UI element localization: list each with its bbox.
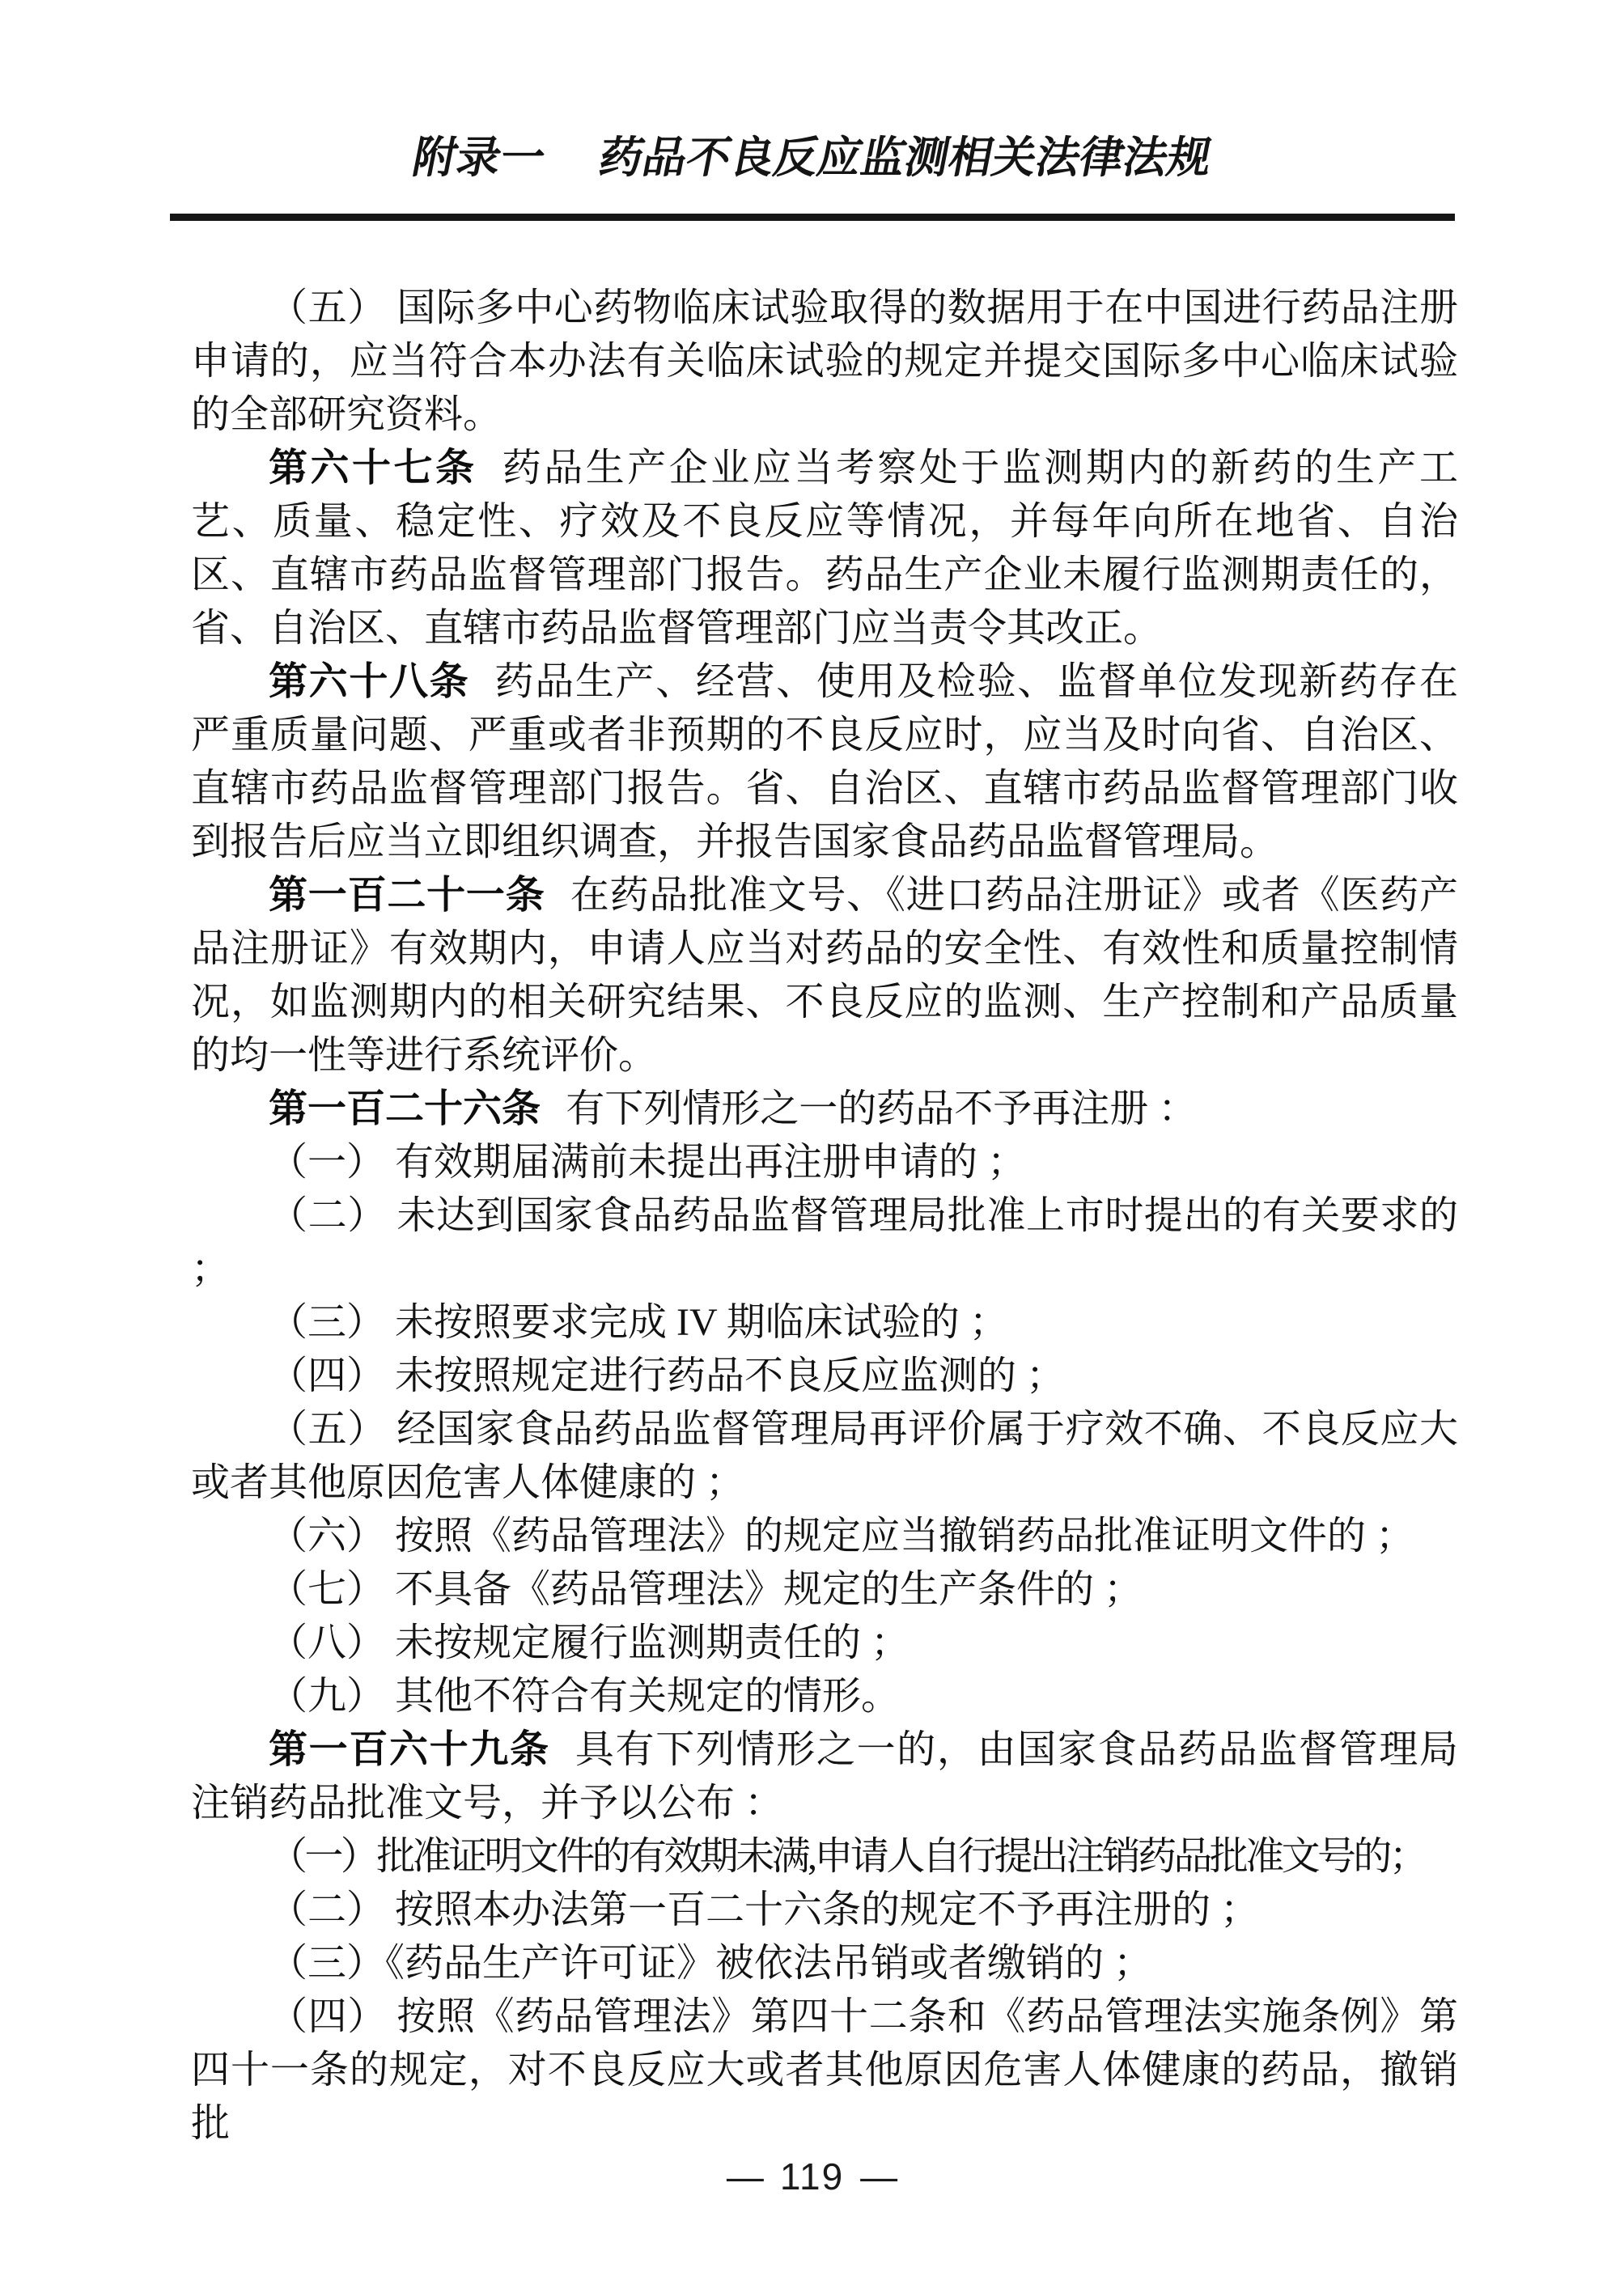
list-item: （一） 有效期届满前未提出再注册申请的 ； [191, 1136, 1458, 1189]
paragraph-text: （五） 经国家食品药品监督管理局再评价属于疗效不确、不良反应大或者其他原因危害人… [191, 1408, 1458, 1504]
document-body: （五） 国际多中心药物临床试验取得的数据用于在中国进行药品注册申请的，应当符合本… [191, 282, 1458, 2151]
paragraph: 第六十八条药品生产、经营、使用及检验、监督单位发现新药存在严重质量问题、严重或者… [191, 655, 1458, 869]
paragraph-text: （三）《药品生产许可证》被依法吊销或者缴销的 ； [269, 1942, 1152, 1985]
paragraph-text: （六） 按照《药品管理法》的规定应当撤销药品批准证明文件的 ； [269, 1515, 1414, 1558]
list-item: （四） 按照《药品管理法》第四十二条和《药品管理法实施条例》第四十一条的规定，对… [191, 1990, 1458, 2151]
paragraph-text: 有下列情形之一的药品不予再注册 ： [566, 1087, 1197, 1130]
page-title: 药品不良反应监测相关法律法规 [594, 132, 1215, 184]
page-footer: —119— [0, 2154, 1624, 2199]
paragraph: 第六十七条药品生产企业应当考察处于监测期内的新药的生产工艺、质量、稳定性、疗效及… [191, 442, 1458, 655]
list-item: （五） 经国家食品药品监督管理局再评价属于疗效不确、不良反应大或者其他原因危害人… [191, 1403, 1458, 1510]
article-term: 第六十七条 [269, 447, 477, 490]
appendix-label: 附录一 [408, 132, 549, 184]
paragraph: （五） 国际多中心药物临床试验取得的数据用于在中国进行药品注册申请的，应当符合本… [191, 282, 1458, 442]
paragraph-text: （五） 国际多中心药物临床试验取得的数据用于在中国进行药品注册申请的，应当符合本… [191, 286, 1458, 436]
page-number: 119 [780, 2155, 844, 2198]
paragraph-text: （四） 按照《药品管理法》第四十二条和《药品管理法实施条例》第四十一条的规定，对… [191, 1995, 1458, 2145]
list-item: （三）《药品生产许可证》被依法吊销或者缴销的 ； [191, 1937, 1458, 1990]
paragraph: 第一百二十一条在药品批准文号、《进口药品注册证》或者《医药产品注册证》有效期内，… [191, 869, 1458, 1083]
paragraph-text: （二） 按照本办法第一百二十六条的规定不予再注册的 ； [269, 1888, 1259, 1931]
footer-dash-right: — [860, 2155, 897, 2198]
article-term: 第一百二十一条 [269, 874, 545, 917]
paragraph-text: （七） 不具备《药品管理法》规定的生产条件的 ； [269, 1568, 1143, 1611]
article-term: 第六十八条 [269, 660, 469, 703]
list-item: （一）批准证明文件的有效期未满,申请人自行提出注销药品批准文号的； [191, 1830, 1458, 1884]
article-term: 第一百六十九条 [269, 1728, 550, 1771]
paragraph-text: （四） 未按照规定进行药品不良反应监测的 ； [269, 1354, 1065, 1397]
paragraph-text: （九） 其他不符合有关规定的情形。 [269, 1675, 900, 1718]
list-item: （六） 按照《药品管理法》的规定应当撤销药品批准证明文件的 ； [191, 1510, 1458, 1563]
paragraph-text: （八） 未按规定履行监测期责任的 ； [269, 1621, 910, 1664]
running-head: 附录一药品不良反应监测相关法律法规 [0, 132, 1624, 184]
header-rule [170, 214, 1455, 221]
article-term: 第一百二十六条 [269, 1087, 541, 1130]
list-item: （九） 其他不符合有关规定的情形。 [191, 1670, 1458, 1723]
paragraph: 第一百二十六条有下列情形之一的药品不予再注册 ： [191, 1083, 1458, 1136]
paragraph-text: （二） 未达到国家食品药品监督管理局批准上市时提出的有关要求的 ； [191, 1194, 1458, 1291]
paragraph-text: （一） 有效期届满前未提出再注册申请的 ； [269, 1141, 1026, 1184]
list-item: （八） 未按规定履行监测期责任的 ； [191, 1617, 1458, 1670]
list-item: （三） 未按照要求完成 IV 期临床试验的 ； [191, 1296, 1458, 1350]
paragraph: 第一百六十九条具有下列情形之一的，由国家食品药品监督管理局注销药品批准文号，并予… [191, 1723, 1458, 1830]
list-item: （二） 按照本办法第一百二十六条的规定不予再注册的 ； [191, 1884, 1458, 1937]
paragraph-text: （一）批准证明文件的有效期未满,申请人自行提出注销药品批准文号的； [269, 1835, 1425, 1878]
list-item: （四） 未按照规定进行药品不良反应监测的 ； [191, 1350, 1458, 1403]
footer-dash-left: — [727, 2155, 764, 2198]
list-item: （二） 未达到国家食品药品监督管理局批准上市时提出的有关要求的 ； [191, 1189, 1458, 1296]
document-page: 附录一药品不良反应监测相关法律法规 （五） 国际多中心药物临床试验取得的数据用于… [0, 0, 1624, 2293]
list-item: （七） 不具备《药品管理法》规定的生产条件的 ； [191, 1563, 1458, 1617]
paragraph-text: （三） 未按照要求完成 IV 期临床试验的 ； [269, 1301, 1008, 1344]
